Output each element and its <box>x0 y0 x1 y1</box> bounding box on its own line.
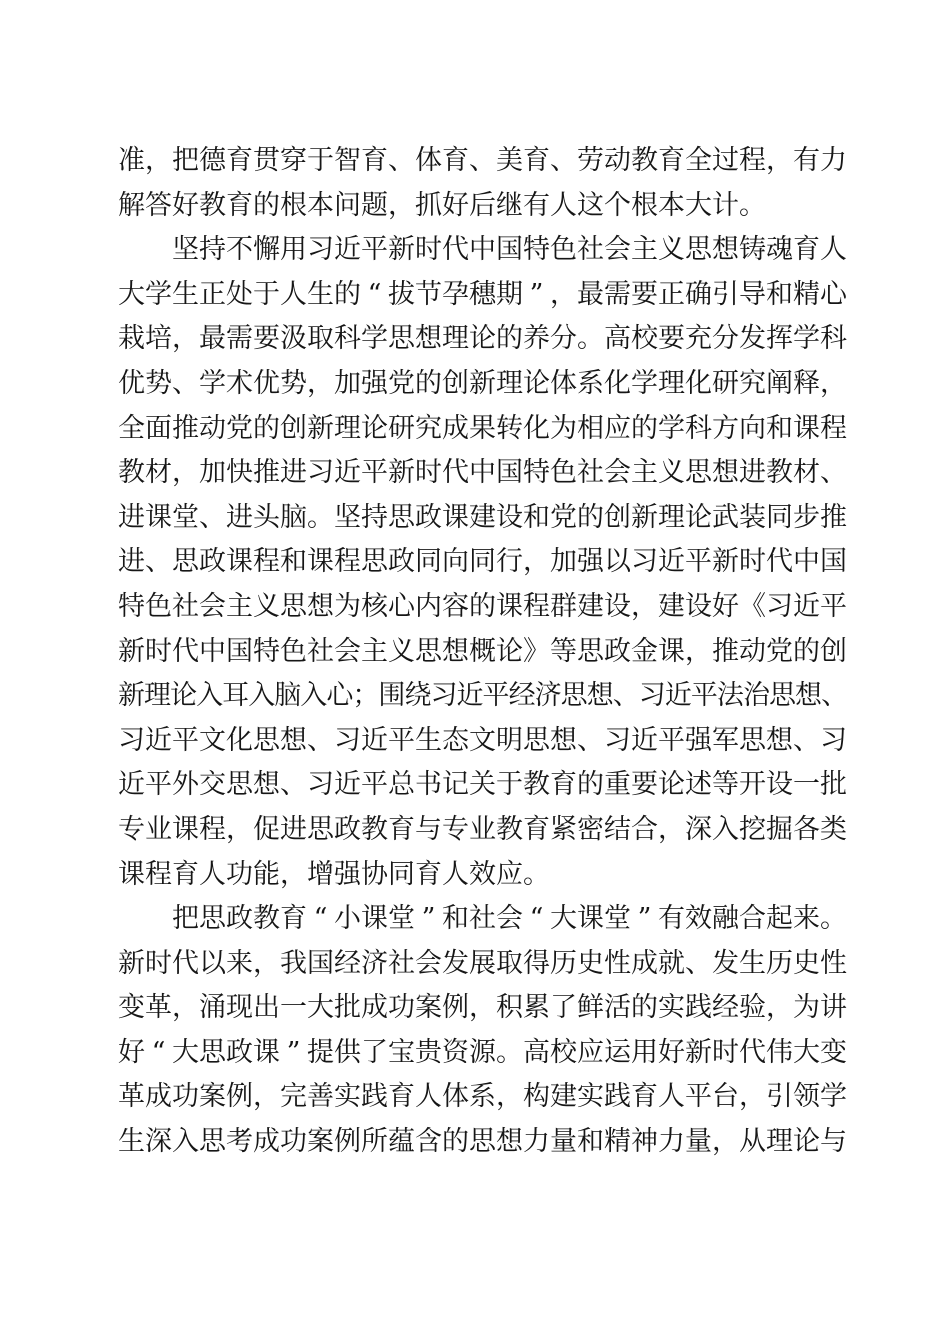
paragraph-1: 准，把德育贯穿于智育、体育、美育、劳动教育全过程，有力解答好教育的根本问题，抓好… <box>118 139 852 228</box>
document-page: 准，把德育贯穿于智育、体育、美育、劳动教育全过程，有力解答好教育的根本问题，抓好… <box>0 0 950 1344</box>
close-quote: ” <box>631 897 658 942</box>
text-line: 新时代以来，我国经济社会发展取得历史性成就、发生历史性 <box>118 942 852 987</box>
text-line: 习近平文化思想、习近平生态文明思想、习近平强军思想、习 <box>118 719 852 764</box>
text-line: 坚持不懈用习近平新时代中国特色社会主义思想铸魂育人 <box>118 228 852 273</box>
text-line: 解答好教育的根本问题，抓好后继有人这个根本大计。 <box>118 184 852 229</box>
text-line: 课程育人功能，增强协同育人效应。 <box>118 853 852 898</box>
text-line: 进、思政课程和课程思政同向同行，加强以习近平新时代中国 <box>118 540 852 585</box>
text-line: 专业课程，促进思政教育与专业教育紧密结合，深入挖掘各类 <box>118 808 852 853</box>
close-quote: ” <box>523 273 550 318</box>
close-quote: ” <box>280 1031 307 1076</box>
text-line: 优势、学术优势，加强党的创新理论体系化学理化研究阐释， <box>118 362 852 407</box>
text-line: 变革，涌现出一大批成功案例，积累了鲜活的实践经验，为讲 <box>118 986 852 1031</box>
text-line: 新理论入耳入脑入心；围绕习近平经济思想、习近平法治思想、 <box>118 674 852 719</box>
text-line: 好“大思政课”提供了宝贵资源。高校应运用好新时代伟大变 <box>118 1031 852 1076</box>
open-quote: “ <box>361 273 388 318</box>
text-line: 大学生正处于人生的“拔节孕穗期”，最需要正确引导和精心 <box>118 273 852 318</box>
text-line: 特色社会主义思想为核心内容的课程群建设，建设好《习近平 <box>118 585 852 630</box>
text-line: 革成功案例，完善实践育人体系，构建实践育人平台，引领学 <box>118 1075 852 1120</box>
paragraph-3: 大学生正处于人生的“拔节孕穗期”，最需要正确引导和精心栽培，最需要汲取科学思想理… <box>118 273 852 897</box>
text-line: 把思政教育“小课堂”和社会“大课堂”有效融合起来。 <box>118 897 852 942</box>
paragraph-2: 坚持不懈用习近平新时代中国特色社会主义思想铸魂育人 <box>118 228 852 273</box>
text-line: 栽培，最需要汲取科学思想理论的养分。高校要充分发挥学科 <box>118 317 852 362</box>
document-body: 准，把德育贯穿于智育、体育、美育、劳动教育全过程，有力解答好教育的根本问题，抓好… <box>118 139 852 1165</box>
open-quote: “ <box>307 897 334 942</box>
close-quote: ” <box>415 897 442 942</box>
open-quote: “ <box>523 897 550 942</box>
text-line: 准，把德育贯穿于智育、体育、美育、劳动教育全过程，有力 <box>118 139 852 184</box>
text-line: 全面推动党的创新理论研究成果转化为相应的学科方向和课程 <box>118 407 852 452</box>
paragraph-4: 把思政教育“小课堂”和社会“大课堂”有效融合起来。新时代以来，我国经济社会发展取… <box>118 897 852 1165</box>
text-line: 进课堂、进头脑。坚持思政课建设和党的创新理论武装同步推 <box>118 496 852 541</box>
text-line: 近平外交思想、习近平总书记关于教育的重要论述等开设一批 <box>118 763 852 808</box>
text-line: 教材，加快推进习近平新时代中国特色社会主义思想进教材、 <box>118 451 852 496</box>
open-quote: “ <box>145 1031 172 1076</box>
text-line: 生深入思考成功案例所蕴含的思想力量和精神力量，从理论与 <box>118 1120 852 1165</box>
text-line: 新时代中国特色社会主义思想概论》等思政金课，推动党的创 <box>118 630 852 675</box>
